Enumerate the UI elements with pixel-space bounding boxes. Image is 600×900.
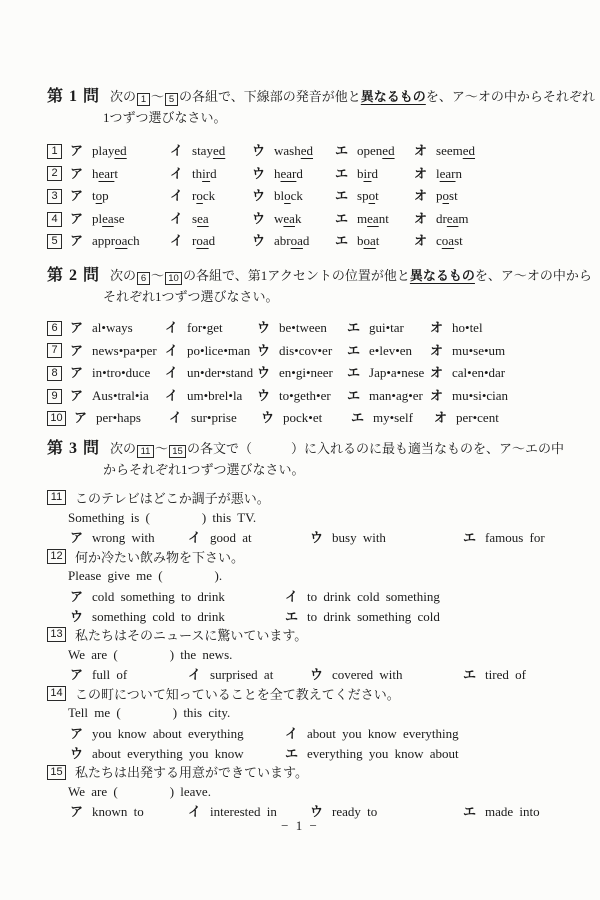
intro-text: 次の: [110, 89, 136, 104]
question-jp-line: 12何か冷たい飲み物を下さい。: [47, 547, 576, 567]
question-number: 4: [47, 212, 62, 227]
option-word: ho•tel: [452, 320, 483, 335]
option-text: tired of: [485, 667, 526, 682]
option: イum•brel•la: [165, 385, 257, 404]
word-part: d: [296, 166, 303, 181]
option-word: Aus•tral•ia: [92, 388, 149, 403]
option-marker: イ: [170, 143, 183, 158]
section-3-heading-line2: からそれぞれ1つずつ選びなさい。: [47, 459, 576, 480]
options-row: アyou know about everything イabout you kn…: [47, 723, 576, 743]
question-row-9: 9 アAus•tral•ia イum•brel•la ウto•geth•er エ…: [47, 385, 576, 408]
option-word: sur•prise: [191, 410, 237, 425]
option-marker: イ: [169, 410, 182, 425]
option: オcal•en•dar: [430, 362, 505, 381]
question-number: 8: [47, 366, 62, 381]
option: エopened: [335, 140, 414, 159]
option-marker: エ: [335, 188, 348, 203]
option: オdream: [414, 208, 469, 227]
word-part: pl: [92, 211, 102, 226]
option-word: seemed: [436, 143, 475, 158]
option: エgui•tar: [347, 317, 430, 336]
option-word: please: [92, 211, 125, 226]
section-2-rows: 6 アal•ways イfor•get ウbe•tween エgui•tar オ…: [47, 317, 576, 430]
range-end-box: 15: [169, 445, 186, 458]
option-text: about everything you know: [92, 746, 244, 761]
option-text: everything you know about: [307, 746, 459, 761]
tilde: ～: [151, 268, 164, 283]
option: アapproach: [70, 230, 170, 249]
option-text: covered with: [332, 667, 403, 682]
option: ウwashed: [252, 140, 335, 159]
option: アal•ways: [70, 317, 165, 336]
option-text: good at: [210, 530, 252, 545]
option-word: um•brel•la: [187, 388, 242, 403]
question-english: We are ( ) the news.: [47, 645, 576, 665]
option: エe•lev•en: [347, 340, 430, 359]
option-word: learn: [436, 166, 462, 181]
question-row-2: 2 アheart イthird ウheard エbird オlearn: [47, 163, 576, 186]
word-part: w: [274, 211, 283, 226]
question-11: 11このテレビはどこか調子が悪い。 Something is ( ) this …: [47, 488, 576, 547]
word-part: open: [357, 143, 382, 158]
option-word: washed: [274, 143, 313, 158]
option: エfamous for: [463, 527, 545, 546]
option-word: stayed: [192, 143, 225, 158]
range-start-box: 11: [137, 445, 154, 458]
section-1-heading-line2: 1つずつ選びなさい。: [47, 107, 576, 128]
word-part: ck: [203, 188, 215, 203]
question-row-7: 7 アnews•pa•per イpo•lice•man ウdis•cov•er …: [47, 340, 576, 363]
option: オho•tel: [430, 317, 483, 336]
range-start-box: 1: [137, 93, 150, 106]
option: ウto•geth•er: [257, 385, 347, 404]
option-marker: イ: [188, 667, 201, 682]
option-text: famous for: [485, 530, 545, 545]
option-word: be•tween: [279, 320, 327, 335]
option-word: played: [92, 143, 127, 158]
word-underline: ear: [281, 166, 297, 181]
question-number: 7: [47, 343, 62, 358]
option-word: top: [92, 188, 109, 203]
option-word: in•tro•duce: [92, 365, 150, 380]
option: ウabout everything you know: [70, 743, 285, 762]
word-underline: oa: [196, 233, 208, 248]
option: イrock: [170, 185, 252, 204]
word-underline: ea: [197, 211, 209, 226]
word-part: t: [114, 166, 118, 181]
option-marker: ウ: [310, 530, 323, 545]
option-word: third: [192, 166, 217, 181]
option: エmy•self: [351, 407, 434, 426]
question-jp-line: 14この町について知っていることを全て教えてください。: [47, 684, 576, 704]
option: アAus•tral•ia: [70, 385, 165, 404]
option-word: spot: [357, 188, 379, 203]
option-word: for•get: [187, 320, 223, 335]
word-part: bl: [274, 188, 284, 203]
option-marker: ウ: [70, 609, 83, 624]
option-text: about you know everything: [307, 726, 459, 741]
option-marker: エ: [335, 166, 348, 181]
page-number: − 1 −: [0, 818, 600, 834]
option: ウcovered with: [310, 664, 463, 683]
option-text: to drink cold something: [307, 589, 440, 604]
option-text: something cold to drink: [92, 609, 225, 624]
option-marker: イ: [285, 589, 298, 604]
section-2-heading-line2: それぞれ1つずつ選びなさい。: [47, 286, 576, 307]
option-text: busy with: [332, 530, 386, 545]
option-word: Jap•a•nese: [369, 365, 424, 380]
question-number: 9: [47, 389, 62, 404]
question-number: 10: [47, 411, 66, 426]
option-marker: ア: [70, 726, 83, 741]
word-underline: ed: [301, 143, 313, 158]
question-number: 14: [47, 686, 66, 701]
word-underline: oa: [364, 233, 376, 248]
option-marker: イ: [165, 343, 178, 358]
section-3-title: 第 3 問: [47, 440, 100, 457]
option: アfull of: [70, 664, 188, 683]
option-word: road: [192, 233, 215, 248]
option-word: to•geth•er: [279, 388, 331, 403]
option-marker: ア: [70, 188, 83, 203]
option-word: post: [436, 188, 458, 203]
option: アnews•pa•per: [70, 340, 165, 359]
word-part: th: [192, 166, 202, 181]
option: エman•ag•er: [347, 385, 430, 404]
option-marker: ウ: [257, 388, 270, 403]
option-marker: イ: [165, 365, 178, 380]
option: オcoast: [414, 230, 463, 249]
section-2-title: 第 2 問: [47, 267, 100, 284]
tilde: ～: [155, 441, 168, 456]
section-1-title: 第 1 問: [47, 88, 100, 105]
option-word: cal•en•dar: [452, 365, 505, 380]
option: エeverything you know about: [285, 743, 459, 762]
option-marker: オ: [434, 410, 447, 425]
option-marker: オ: [414, 143, 427, 158]
option-marker: エ: [347, 388, 360, 403]
question-english: We are ( ) leave.: [47, 782, 576, 802]
option-word: gui•tar: [369, 320, 404, 335]
option: ウblock: [252, 185, 335, 204]
question-english: Please give me ( ).: [47, 566, 576, 586]
option-marker: ア: [70, 211, 83, 226]
word-part: d: [210, 166, 217, 181]
word-underline: ed: [463, 143, 475, 158]
options-row: アfull of イsurprised at ウcovered with エti…: [47, 664, 576, 684]
section-2: 第 2 問次の6～10の各組で、第1アクセントの位置が他と異なるものを、ア～オの…: [47, 265, 576, 430]
option-marker: ウ: [252, 188, 265, 203]
section-1-rows: 1 アplayed イstayed ウwashed エopened オseeme…: [47, 140, 576, 253]
exam-page: 第 1 問次の1～5の各組で、下線部の発音が他と異なるものを、ア～オの中からそれ…: [0, 0, 600, 900]
question-14: 14この町について知っていることを全て教えてください。 Tell me ( ) …: [47, 684, 576, 762]
option-word: un•der•stand: [187, 365, 253, 380]
option: ウabroad: [252, 230, 335, 249]
word-underline: ea: [102, 211, 114, 226]
option: エtired of: [463, 664, 526, 683]
intro-text: の各文で（ ）に入れるのに最も適当なものを、ア～エの中: [187, 441, 564, 456]
question-number: 11: [47, 490, 66, 505]
section-1: 第 1 問次の1～5の各組で、下線部の発音が他と異なるものを、ア～オの中からそれ…: [47, 86, 576, 253]
question-english: Tell me ( ) this city.: [47, 703, 576, 723]
intro-emphasis: 異なるもの: [361, 89, 426, 104]
option: ウheard: [252, 163, 335, 182]
option-word: e•lev•en: [369, 343, 412, 358]
option: アyou know about everything: [70, 723, 285, 742]
option-marker: エ: [335, 233, 348, 248]
word-part: d: [303, 233, 310, 248]
option-marker: オ: [414, 233, 427, 248]
option-text: full of: [92, 667, 127, 682]
word-part: m: [458, 211, 468, 226]
word-part: seem: [436, 143, 463, 158]
section-1-heading: 第 1 問次の1～5の各組で、下線部の発音が他と異なるものを、ア～オの中からそれ…: [47, 86, 576, 107]
option-word: block: [274, 188, 303, 203]
option-marker: エ: [347, 320, 360, 335]
section-3: 第 3 問次の11～15の各文で（ ）に入れるのに最も適当なものを、ア～エの中 …: [47, 438, 576, 821]
question-number: 12: [47, 549, 66, 564]
question-jp-line: 11このテレビはどこか調子が悪い。: [47, 488, 576, 508]
option: オmu•se•um: [430, 340, 505, 359]
option: イsur•prise: [169, 407, 261, 426]
option-marker: エ: [285, 609, 298, 624]
word-part: n: [456, 166, 463, 181]
option-word: sea: [192, 211, 209, 226]
word-underline: oa: [115, 233, 127, 248]
option: ウdis•cov•er: [257, 340, 347, 359]
option-text: cold something to drink: [92, 589, 225, 604]
option-marker: ウ: [252, 233, 265, 248]
options-row: アwrong with イgood at ウbusy with エfamous …: [47, 527, 576, 547]
word-part: dr: [436, 211, 447, 226]
option-word: po•lice•man: [187, 343, 250, 358]
question-row-6: 6 アal•ways イfor•get ウbe•tween エgui•tar オ…: [47, 317, 576, 340]
option-marker: イ: [170, 166, 183, 181]
option: イabout you know everything: [285, 723, 459, 742]
option-word: boat: [357, 233, 379, 248]
word-part: t: [376, 233, 380, 248]
option: アwrong with: [70, 527, 188, 546]
option-marker: ア: [70, 667, 83, 682]
option-word: meant: [357, 211, 389, 226]
question-number: 15: [47, 765, 66, 780]
option-marker: ウ: [261, 410, 274, 425]
word-underline: ed: [382, 143, 394, 158]
option-marker: ウ: [70, 746, 83, 761]
option-marker: エ: [285, 746, 298, 761]
option: アcold something to drink: [70, 586, 285, 605]
question-number: 3: [47, 189, 62, 204]
option-word: coast: [436, 233, 463, 248]
option-marker: エ: [347, 365, 360, 380]
option-marker: ア: [70, 343, 83, 358]
option-marker: ア: [70, 388, 83, 403]
option-marker: イ: [170, 233, 183, 248]
option-marker: ア: [70, 589, 83, 604]
option: イun•der•stand: [165, 362, 257, 381]
option: アper•haps: [74, 407, 169, 426]
option: ウbusy with: [310, 527, 463, 546]
option-word: rock: [192, 188, 215, 203]
option-word: pock•et: [283, 410, 322, 425]
word-part: sp: [357, 188, 369, 203]
option: ウen•gi•neer: [257, 362, 347, 381]
option: エspot: [335, 185, 414, 204]
option-marker: イ: [170, 211, 183, 226]
option-marker: ア: [70, 365, 83, 380]
option: オseemed: [414, 140, 475, 159]
option: アin•tro•duce: [70, 362, 165, 381]
option-word: per•cent: [456, 410, 499, 425]
question-15: 15私たちは出発する用意ができています。 We are ( ) leave. ア…: [47, 762, 576, 821]
range-end-box: 5: [165, 93, 178, 106]
option: イroad: [170, 230, 252, 249]
option: オpost: [414, 185, 458, 204]
question-japanese: 私たちは出発する用意ができています。: [75, 762, 308, 781]
option-marker: オ: [414, 188, 427, 203]
intro-text: 次の: [110, 441, 136, 456]
option: ウbe•tween: [257, 317, 347, 336]
option: ウsomething cold to drink: [70, 606, 285, 625]
question-japanese: この町について知っていることを全て教えてください。: [75, 684, 400, 703]
word-part: stay: [192, 143, 213, 158]
option-word: mu•si•cian: [452, 388, 508, 403]
word-underline: ea: [447, 211, 459, 226]
option-text: wrong with: [92, 530, 155, 545]
option-word: bird: [357, 166, 378, 181]
word-underline: oa: [442, 233, 454, 248]
option: ウpock•et: [261, 407, 351, 426]
option-word: news•pa•per: [92, 343, 157, 358]
word-part: play: [92, 143, 114, 158]
intro-text: の各組で、下線部の発音が他と: [179, 89, 361, 104]
question-row-5: 5 アapproach イroad ウabroad エboat オcoast: [47, 230, 576, 253]
word-part: appr: [92, 233, 115, 248]
option-word: opened: [357, 143, 395, 158]
option-marker: オ: [430, 388, 443, 403]
option-marker: エ: [335, 143, 348, 158]
option-word: mu•se•um: [452, 343, 505, 358]
option-marker: ア: [70, 530, 83, 545]
option: エbird: [335, 163, 414, 182]
option-marker: ア: [70, 166, 83, 181]
option: アtop: [70, 185, 170, 204]
option: オmu•si•cian: [430, 385, 508, 404]
word-part: st: [454, 233, 463, 248]
option-marker: ウ: [252, 166, 265, 181]
option-word: dis•cov•er: [279, 343, 332, 358]
word-underline: ea: [283, 211, 295, 226]
option-marker: イ: [165, 388, 178, 403]
option: オlearn: [414, 163, 462, 182]
option-word: dream: [436, 211, 469, 226]
question-number: 13: [47, 627, 66, 642]
word-part: wash: [274, 143, 301, 158]
question-jp-line: 15私たちは出発する用意ができています。: [47, 762, 576, 782]
question-japanese: このテレビはどこか調子が悪い。: [75, 488, 270, 507]
option: アheart: [70, 163, 170, 182]
word-part: se: [114, 211, 125, 226]
option-word: en•gi•neer: [279, 365, 333, 380]
question-row-3: 3 アtop イrock ウblock エspot オpost: [47, 185, 576, 208]
tilde: ～: [151, 89, 164, 104]
section-3-heading: 第 3 問次の11～15の各文で（ ）に入れるのに最も適当なものを、ア～エの中: [47, 438, 576, 459]
option-marker: オ: [430, 320, 443, 335]
option-marker: エ: [463, 530, 476, 545]
question-english: Something is ( ) this TV.: [47, 508, 576, 528]
options-row: アcold something to drink イto drink cold …: [47, 586, 576, 606]
word-part: m: [357, 211, 367, 226]
word-part: t: [375, 188, 379, 203]
option: イsurprised at: [188, 664, 310, 683]
option-marker: ウ: [257, 343, 270, 358]
option-word: abroad: [274, 233, 309, 248]
option-word: heart: [92, 166, 118, 181]
option: イsea: [170, 208, 252, 227]
word-part: k: [295, 211, 302, 226]
option-word: my•self: [373, 410, 413, 425]
option-word: approach: [92, 233, 140, 248]
section-3-questions: 11このテレビはどこか調子が悪い。 Something is ( ) this …: [47, 488, 576, 821]
question-number: 5: [47, 234, 62, 249]
option: エboat: [335, 230, 414, 249]
question-row-10: 10 アper•haps イsur•prise ウpock•et エmy•sel…: [47, 407, 576, 430]
word-part: d: [209, 233, 216, 248]
option-marker: オ: [430, 365, 443, 380]
section-2-heading: 第 2 問次の6～10の各組で、第1アクセントの位置が他と異なるものを、ア～オの…: [47, 265, 576, 286]
word-underline: ed: [114, 143, 126, 158]
option: エJap•a•nese: [347, 362, 430, 381]
question-number: 2: [47, 166, 62, 181]
option: イthird: [170, 163, 252, 182]
option: オper•cent: [434, 407, 499, 426]
option-word: heard: [274, 166, 303, 181]
intro-emphasis: 異なるもの: [410, 268, 475, 283]
question-12: 12何か冷たい飲み物を下さい。 Please give me ( ). アcol…: [47, 547, 576, 625]
option: イfor•get: [165, 317, 257, 336]
option: イto drink cold something: [285, 586, 440, 605]
word-underline: oa: [291, 233, 303, 248]
question-jp-line: 13私たちはそのニュースに驚いています。: [47, 625, 576, 645]
question-13: 13私たちはそのニュースに驚いています。 We are ( ) the news…: [47, 625, 576, 684]
intro-text: の各組で、第1アクセントの位置が他と: [183, 268, 410, 283]
word-underline: ea: [367, 211, 379, 226]
option-text: to drink something cold: [307, 609, 440, 624]
option-marker: オ: [430, 343, 443, 358]
option-marker: ア: [74, 410, 87, 425]
option-word: weak: [274, 211, 301, 226]
option-marker: エ: [335, 211, 348, 226]
option-marker: オ: [414, 211, 427, 226]
option-marker: ウ: [252, 143, 265, 158]
option-marker: ウ: [310, 667, 323, 682]
word-underline: ear: [440, 166, 456, 181]
option-text: you know about everything: [92, 726, 244, 741]
question-japanese: 何か冷たい飲み物を下さい。: [75, 547, 244, 566]
question-number: 6: [47, 321, 62, 336]
option-marker: イ: [285, 726, 298, 741]
word-part: p: [102, 188, 109, 203]
option-marker: エ: [463, 667, 476, 682]
option-word: man•ag•er: [369, 388, 423, 403]
options-row: ウabout everything you know エeverything y…: [47, 743, 576, 763]
word-part: ch: [127, 233, 139, 248]
question-row-4: 4 アplease イsea ウweak エmeant オdream: [47, 208, 576, 231]
word-part: st: [449, 188, 458, 203]
option-text: surprised at: [210, 667, 273, 682]
option: イpo•lice•man: [165, 340, 257, 359]
option: エto drink something cold: [285, 606, 440, 625]
